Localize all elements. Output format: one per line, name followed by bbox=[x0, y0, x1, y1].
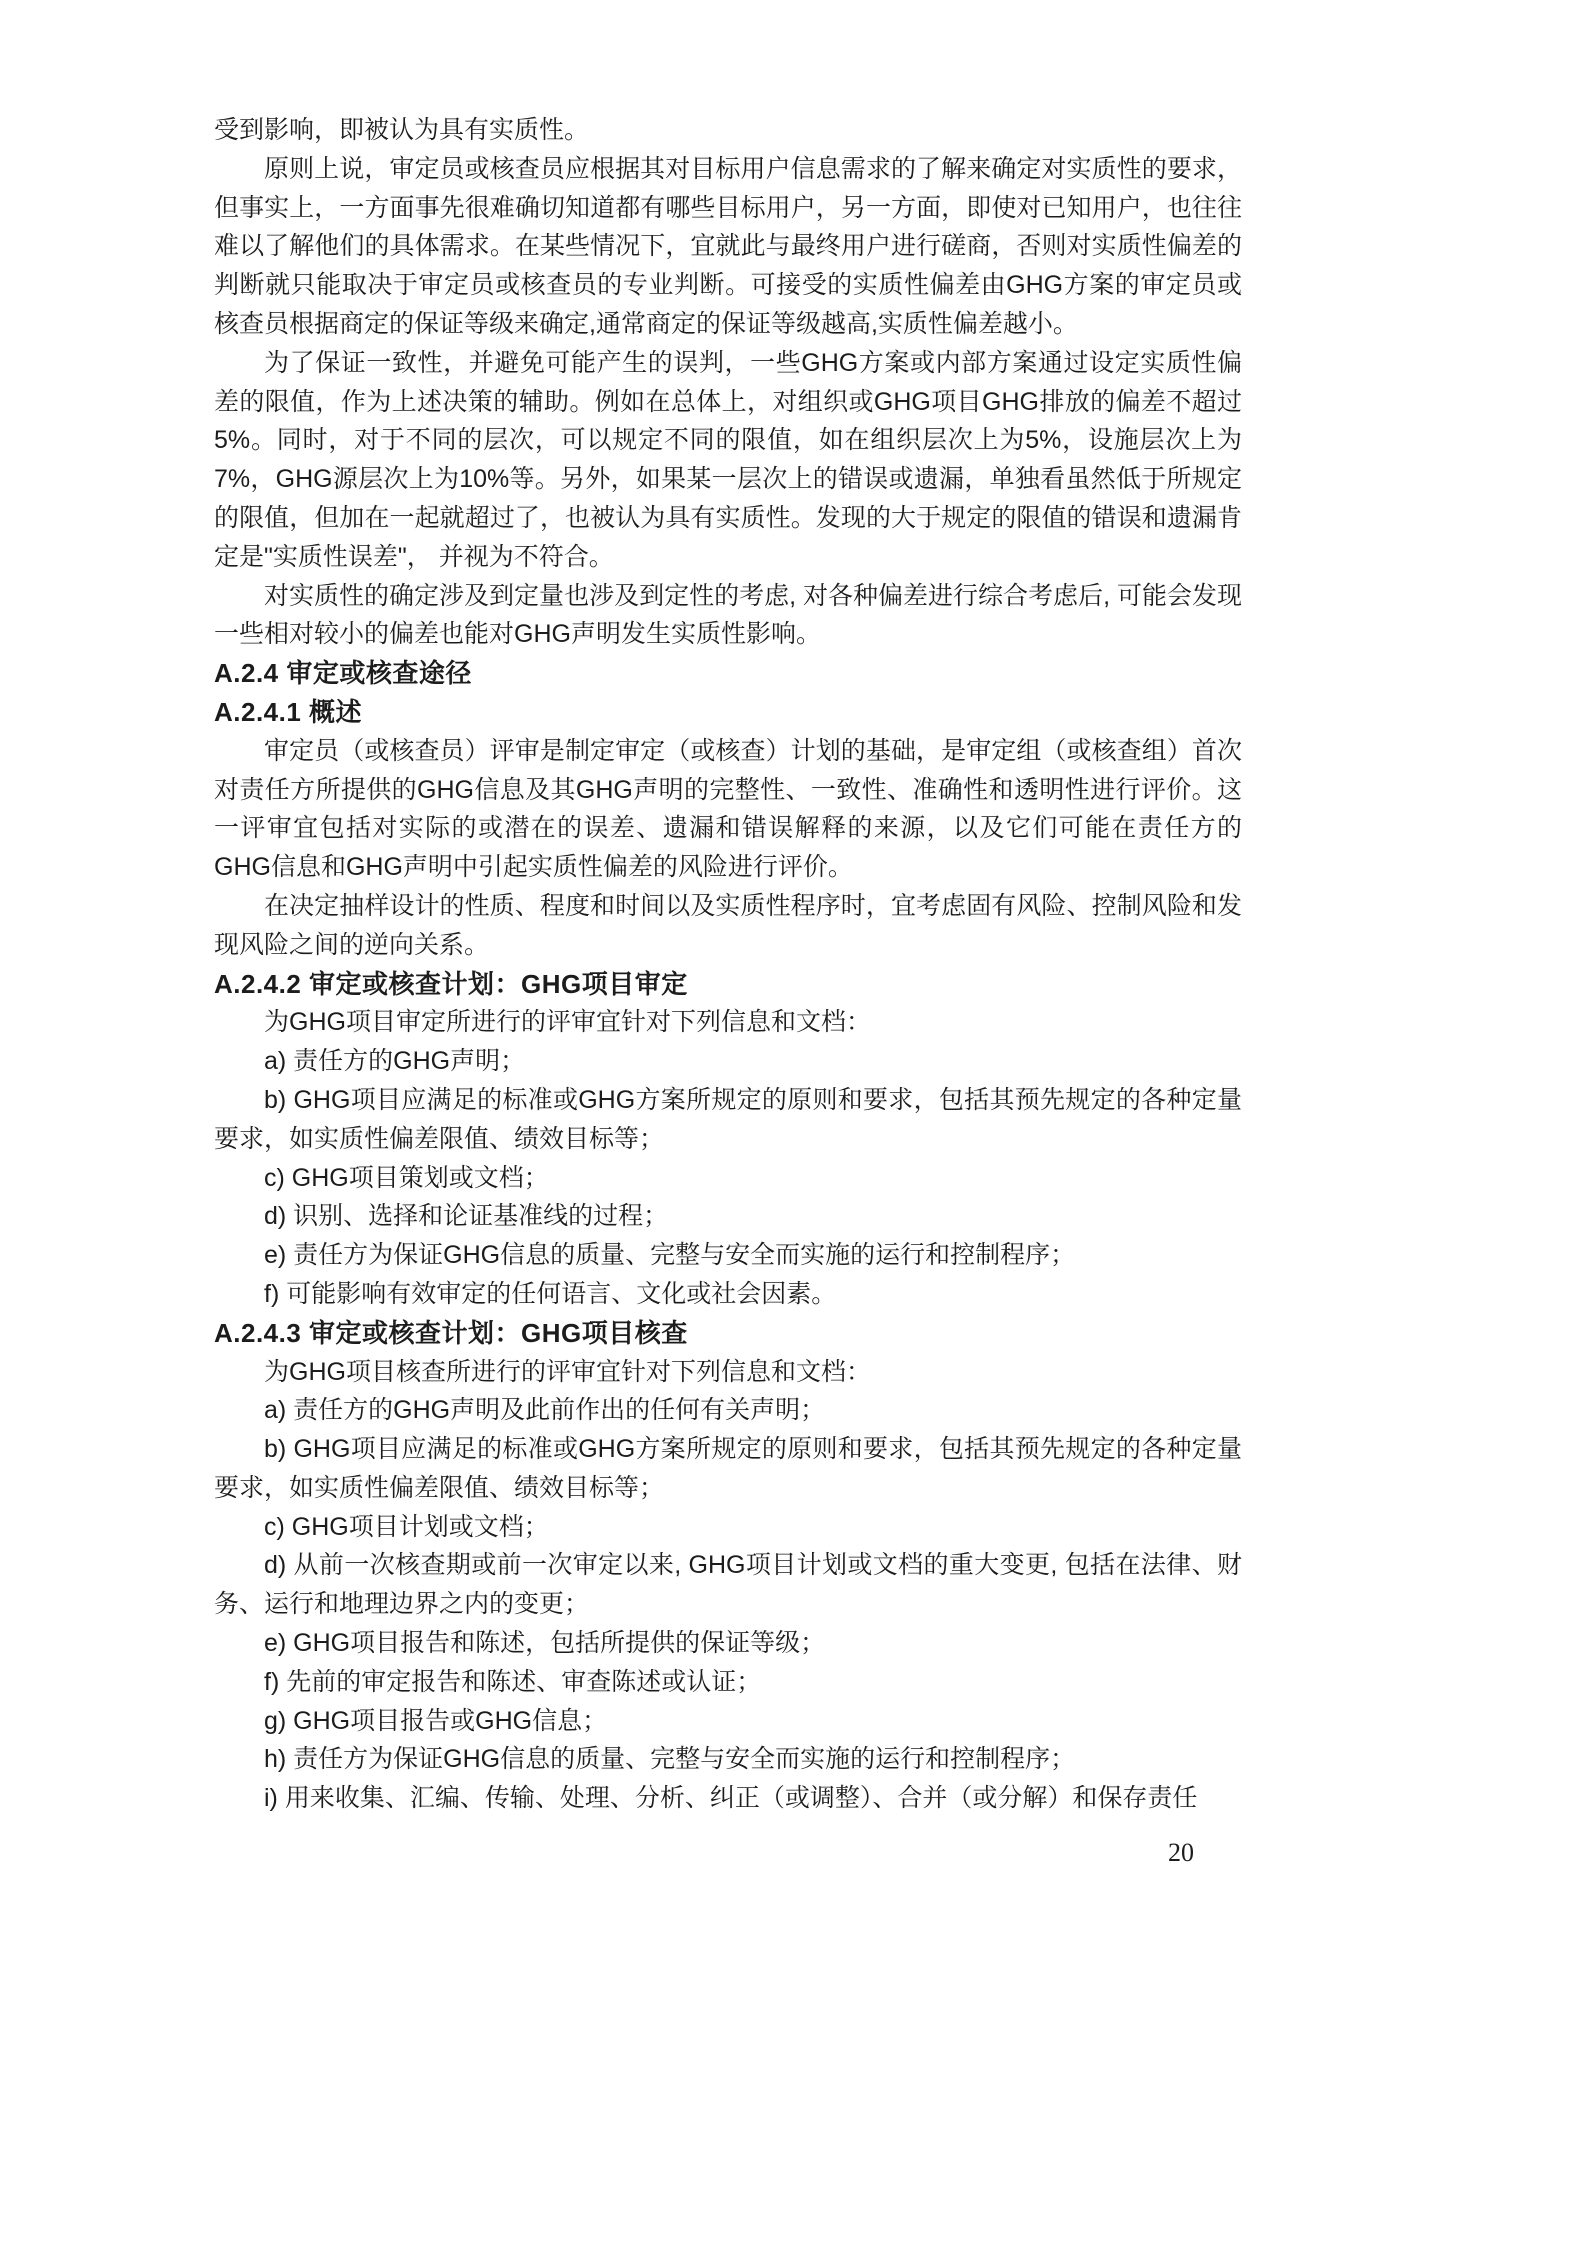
paragraph: a) 责任方的GHG声明； bbox=[214, 1042, 1242, 1081]
paragraph: 为GHG项目核查所进行的评审宜针对下列信息和文档： bbox=[214, 1353, 1242, 1392]
paragraph: 审定员（或核查员）评审是制定审定（或核查）计划的基础，是审定组（或核查组）首次对… bbox=[214, 732, 1242, 887]
paragraph: f) 可能影响有效审定的任何语言、文化或社会因素。 bbox=[214, 1275, 1242, 1314]
paragraph: 为了保证一致性，并避免可能产生的误判，一些GHG方案或内部方案通过设定实质性偏差… bbox=[214, 344, 1242, 577]
paragraph: 原则上说，审定员或核查员应根据其对目标用户信息需求的了解来确定对实质性的要求，但… bbox=[214, 150, 1242, 344]
section-heading: A.2.4.2 审定或核查计划：GHG项目审定 bbox=[214, 965, 1242, 1004]
paragraph: h) 责任方为保证GHG信息的质量、完整与安全而实施的运行和控制程序； bbox=[214, 1740, 1242, 1779]
paragraph: i) 用来收集、汇编、传输、处理、分析、纠正（或调整）、合并（或分解）和保存责任 bbox=[214, 1779, 1242, 1818]
paragraph: b) GHG项目应满足的标准或GHG方案所规定的原则和要求，包括其预先规定的各种… bbox=[214, 1081, 1242, 1159]
paragraph: 在决定抽样设计的性质、程度和时间以及实质性程序时，宜考虑固有风险、控制风险和发现… bbox=[214, 887, 1242, 965]
document-page: 受到影响，即被认为具有实质性。原则上说，审定员或核查员应根据其对目标用户信息需求… bbox=[0, 0, 1587, 2245]
paragraph: 受到影响，即被认为具有实质性。 bbox=[214, 111, 1242, 150]
paragraph: 对实质性的确定涉及到定量也涉及到定性的考虑, 对各种偏差进行综合考虑后, 可能会… bbox=[214, 577, 1242, 655]
paragraph: b) GHG项目应满足的标准或GHG方案所规定的原则和要求，包括其预先规定的各种… bbox=[214, 1430, 1242, 1508]
paragraph: g) GHG项目报告或GHG信息； bbox=[214, 1702, 1242, 1741]
paragraph: d) 识别、选择和论证基准线的过程； bbox=[214, 1197, 1242, 1236]
paragraph: a) 责任方的GHG声明及此前作出的任何有关声明； bbox=[214, 1391, 1242, 1430]
paragraph: 为GHG项目审定所进行的评审宜针对下列信息和文档： bbox=[214, 1003, 1242, 1042]
paragraph: e) GHG项目报告和陈述，包括所提供的保证等级； bbox=[214, 1624, 1242, 1663]
paragraph: c) GHG项目计划或文档； bbox=[214, 1508, 1242, 1547]
paragraph: c) GHG项目策划或文档； bbox=[214, 1159, 1242, 1198]
page-number: 20 bbox=[1168, 1838, 1194, 1868]
section-heading: A.2.4 审定或核查途径 bbox=[214, 654, 1242, 693]
section-heading: A.2.4.1 概述 bbox=[214, 693, 1242, 732]
paragraph: e) 责任方为保证GHG信息的质量、完整与安全而实施的运行和控制程序； bbox=[214, 1236, 1242, 1275]
paragraph: f) 先前的审定报告和陈述、审查陈述或认证； bbox=[214, 1663, 1242, 1702]
document-body: 受到影响，即被认为具有实质性。原则上说，审定员或核查员应根据其对目标用户信息需求… bbox=[214, 111, 1242, 1818]
paragraph: d) 从前一次核查期或前一次审定以来, GHG项目计划或文档的重大变更, 包括在… bbox=[214, 1546, 1242, 1624]
section-heading: A.2.4.3 审定或核查计划：GHG项目核查 bbox=[214, 1314, 1242, 1353]
